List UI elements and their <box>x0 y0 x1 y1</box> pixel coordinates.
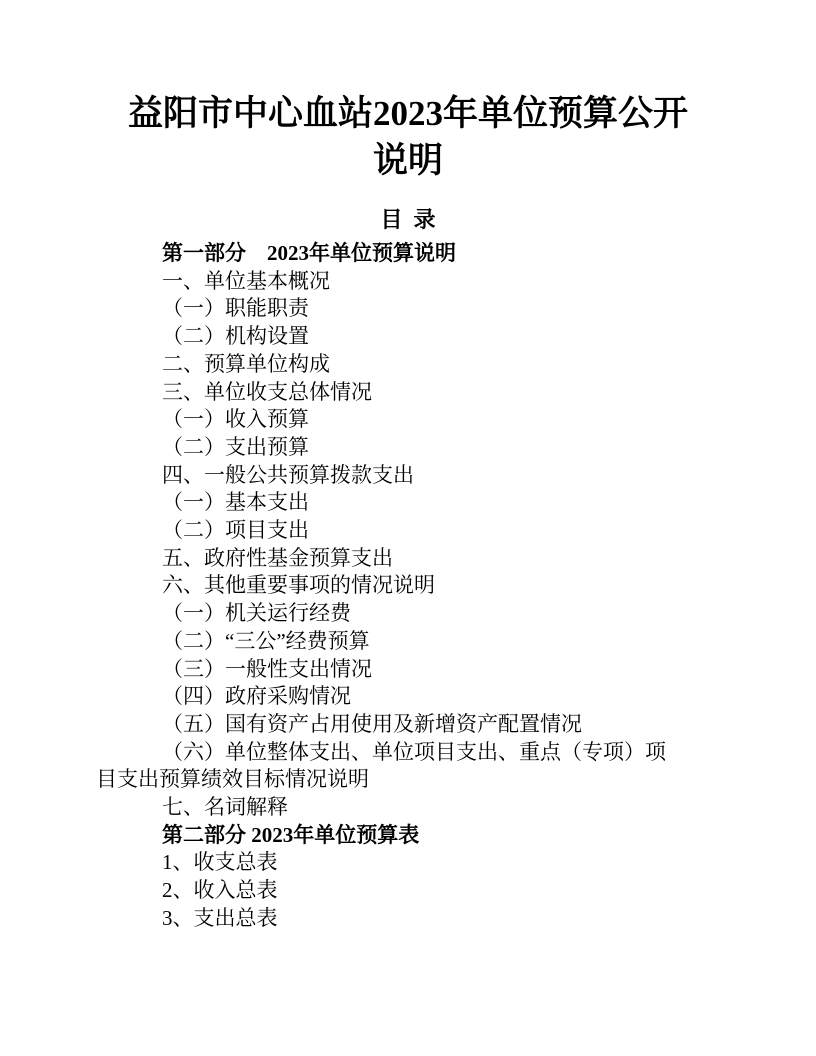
toc-entry: 3、支出总表 <box>96 905 720 933</box>
toc-entry: （一）基本支出 <box>96 489 720 517</box>
toc-part-heading: 第一部分 2023年单位预算说明 <box>96 240 720 268</box>
toc-entry: 七、名词解释 <box>96 794 720 822</box>
toc-part-heading: 第二部分 2023年单位预算表 <box>96 822 720 850</box>
table-of-contents: 第一部分 2023年单位预算说明一、单位基本概况（一）职能职责（二）机构设置二、… <box>96 240 720 933</box>
toc-entry: 六、其他重要事项的情况说明 <box>96 572 720 600</box>
toc-entry: （二）支出预算 <box>96 434 720 462</box>
toc-entry: （二）机构设置 <box>96 323 720 351</box>
toc-entry: （一）机关运行经费 <box>96 600 720 628</box>
document-title: 益阳市中心血站2023年单位预算公开说明 <box>114 90 702 184</box>
toc-entry: （二）“三公”经费预算 <box>96 628 720 656</box>
toc-entry: （六）单位整体支出、单位项目支出、重点（专项）项目支出预算绩效目标情况说明 <box>96 739 684 794</box>
toc-entry: 四、一般公共预算拨款支出 <box>96 462 720 490</box>
toc-entry: 1、收支总表 <box>96 849 720 877</box>
toc-entry: （四）政府采购情况 <box>96 683 720 711</box>
toc-entry: （一）职能职责 <box>96 295 720 323</box>
document-page: 益阳市中心血站2023年单位预算公开说明 目 录 第一部分 2023年单位预算说… <box>0 0 816 1056</box>
toc-entry: 三、单位收支总体情况 <box>96 379 720 407</box>
toc-entry: 五、政府性基金预算支出 <box>96 545 720 573</box>
toc-entry: （二）项目支出 <box>96 517 720 545</box>
toc-heading: 目 录 <box>96 206 720 234</box>
toc-entry: （五）国有资产占用使用及新增资产配置情况 <box>96 711 720 739</box>
toc-entry: 二、预算单位构成 <box>96 351 720 379</box>
toc-entry: 2、收入总表 <box>96 877 720 905</box>
toc-entry: （一）收入预算 <box>96 406 720 434</box>
toc-entry: （三）一般性支出情况 <box>96 656 720 684</box>
toc-entry: 一、单位基本概况 <box>96 268 720 296</box>
